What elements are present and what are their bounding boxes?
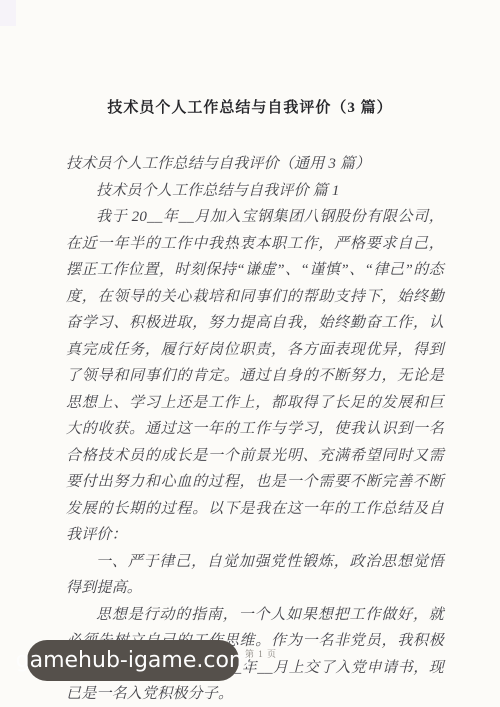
watermark-badge: gamehub-igame.com [27, 640, 239, 681]
page-number: 第 1 页 [245, 647, 277, 660]
body-paragraph: 一、严于律己，自觉加强党性锻炼，政治思想觉悟得到提高。 [66, 549, 444, 602]
watermark-text: gamehub-igame.com [16, 648, 251, 673]
document-title: 技术员个人工作总结与自我评价（3 篇） [0, 96, 500, 117]
document-subtitle: 技术员个人工作总结与自我评价（通用 3 篇） [66, 151, 444, 178]
document-body: 技术员个人工作总结与自我评价（通用 3 篇） 技术员个人工作总结与自我评价 篇 … [66, 151, 444, 707]
section-heading: 技术员个人工作总结与自我评价 篇 1 [66, 178, 444, 205]
scan-corner-artifact [0, 0, 16, 26]
body-paragraph: 我于 20__年__月加入宝钢集团八钢股份有限公司，在近一年半的工作中我热衷本职… [66, 204, 444, 549]
document-page: 技术员个人工作总结与自我评价（3 篇） 技术员个人工作总结与自我评价（通用 3 … [0, 0, 500, 707]
